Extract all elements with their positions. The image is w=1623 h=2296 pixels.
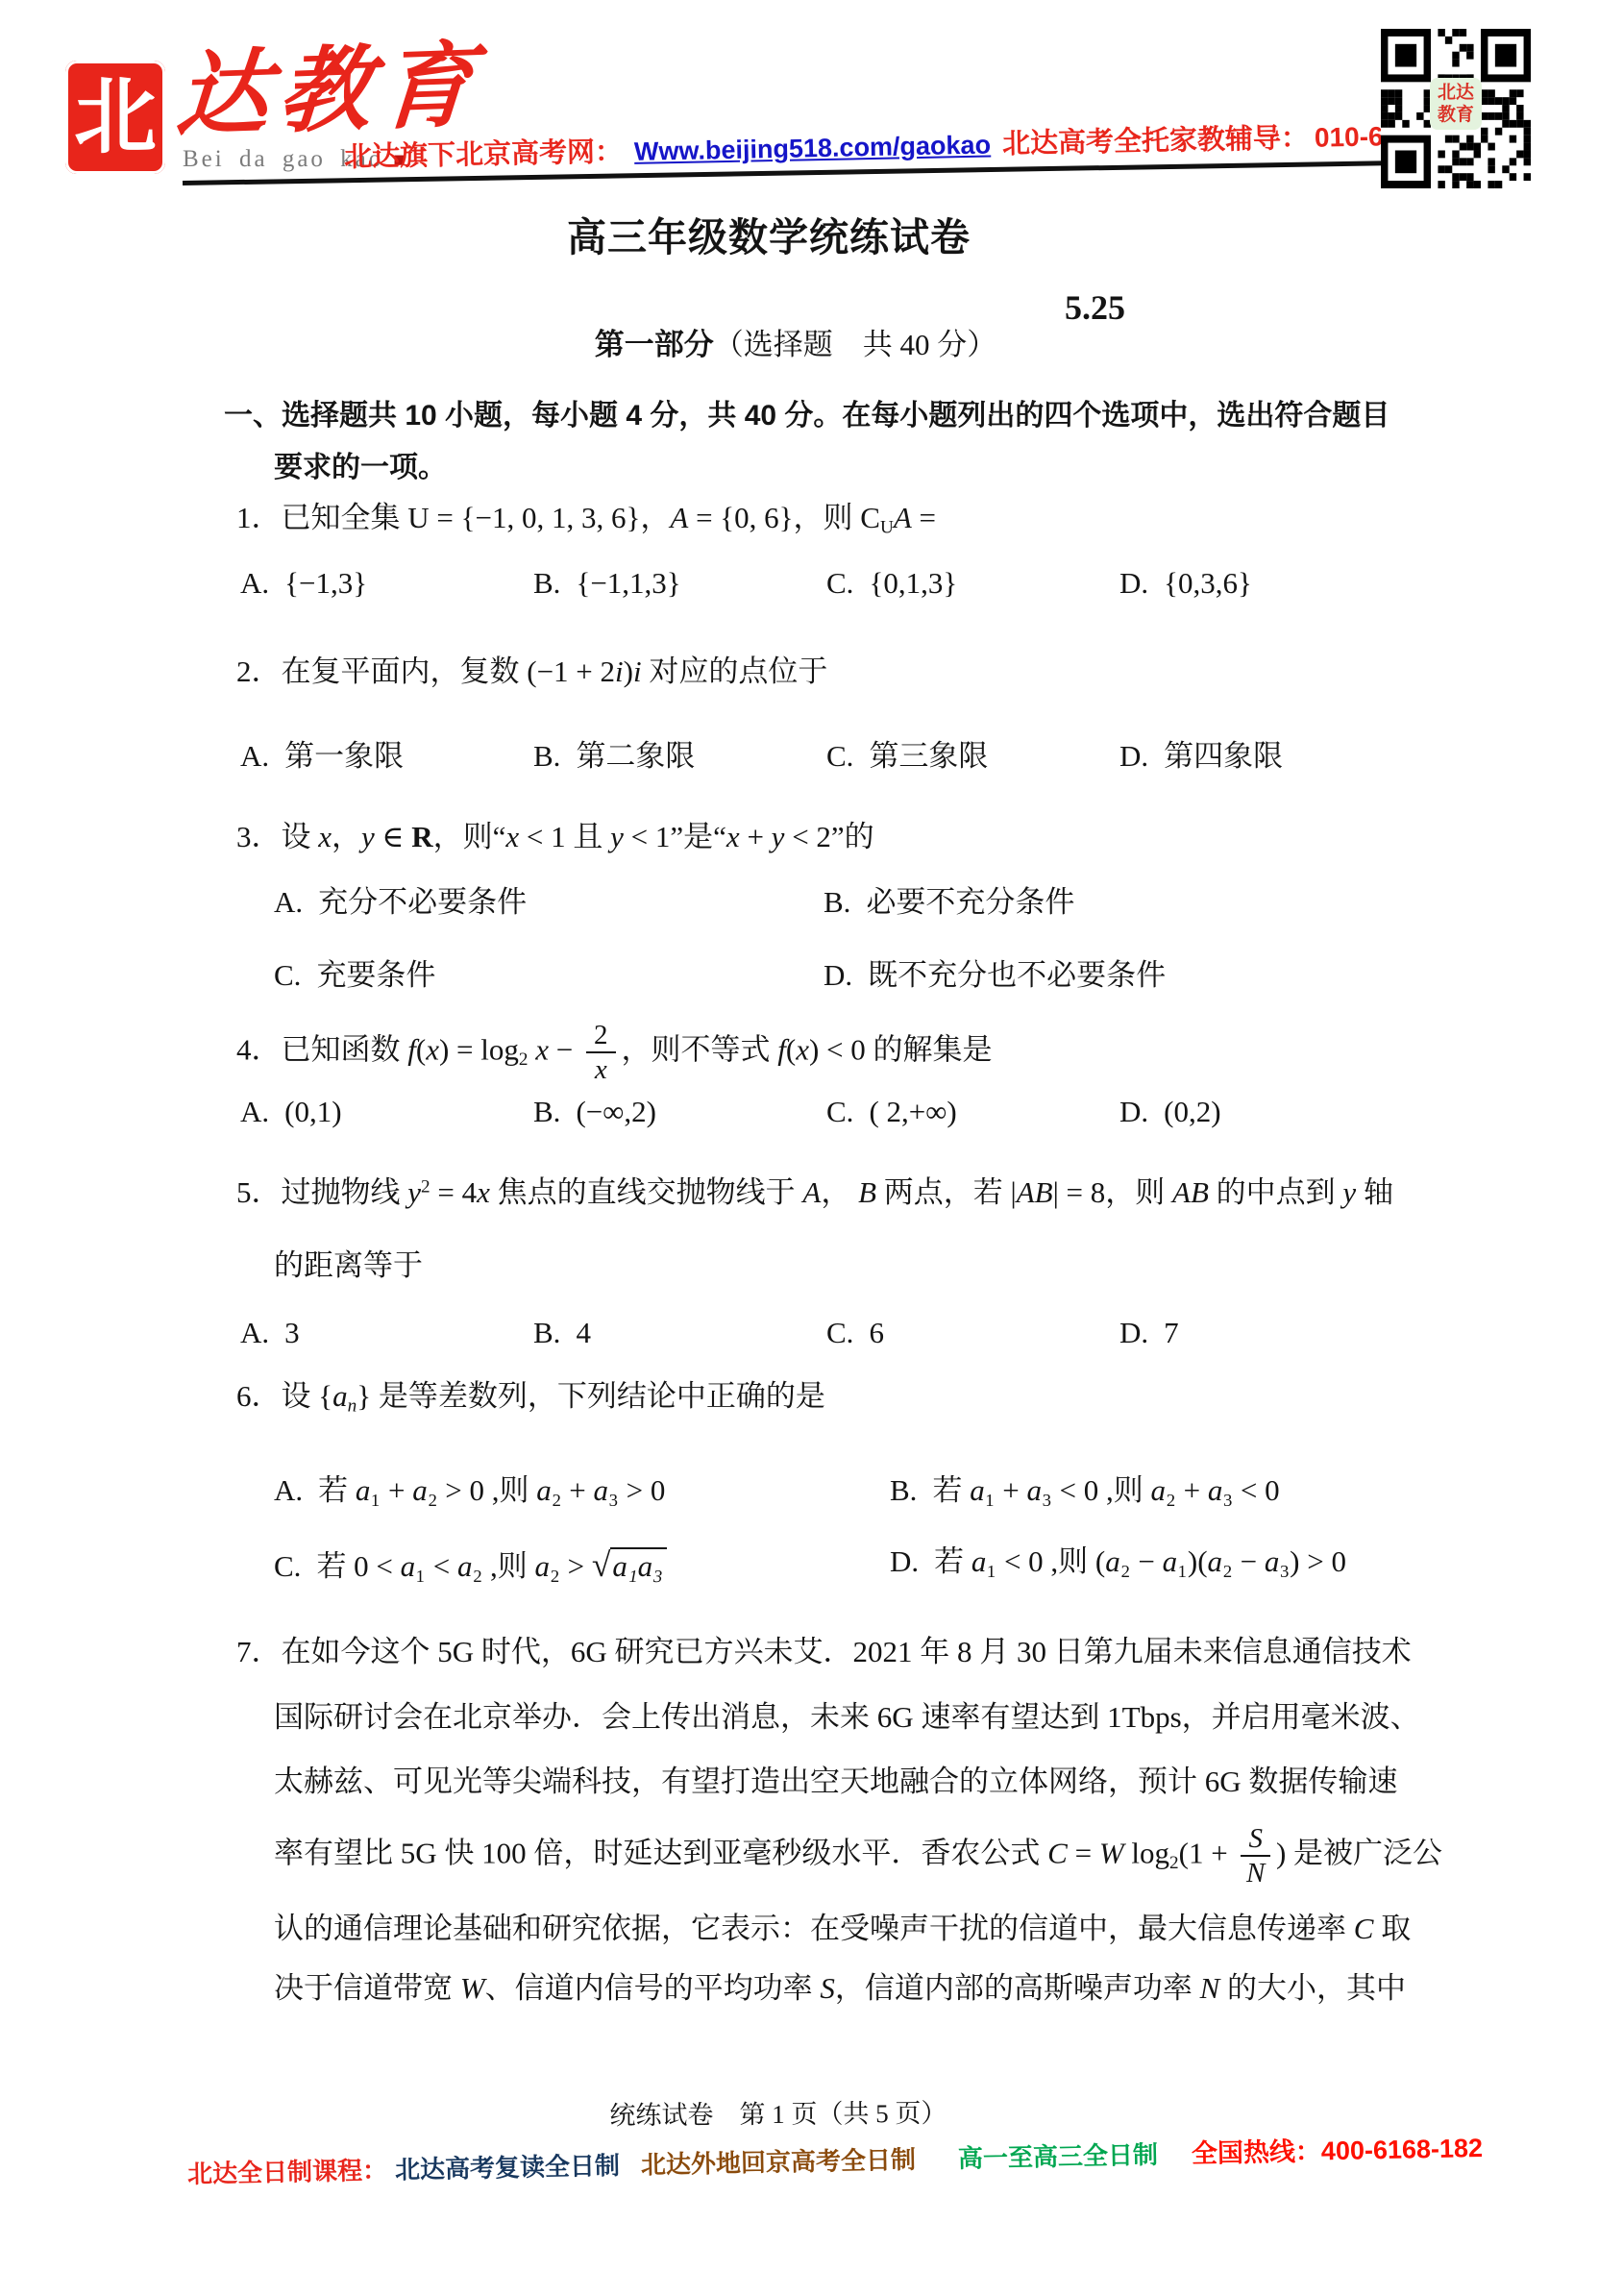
question-1-options: A.{−1,3} B.{−1,1,3} C.{0,1,3} D.{0,3,6}	[240, 565, 1413, 603]
option-label: B.	[824, 885, 850, 919]
question-4-options: A.(0,1) B.(−∞,2) C.( 2,+∞) D.(0,2)	[240, 1094, 1413, 1131]
question-6-options-row-2: C.若 0 < a₁ < a₂ ,则 a₂ > √a₁a₃ D.若 a₁ < 0…	[274, 1543, 1506, 1587]
option-text: {−1,1,3}	[576, 566, 680, 600]
seal-character: 北	[74, 76, 157, 159]
option-label: D.	[1119, 1095, 1148, 1128]
question-7-line-4: 率有望比 5G 快 100 倍，时延达到亚毫秒级水平．香农公式 C = W lo…	[274, 1824, 1442, 1889]
option-text: 充分不必要条件	[318, 885, 527, 919]
question-4-option-a: A.(0,1)	[240, 1094, 533, 1131]
option-text: 7	[1164, 1316, 1179, 1349]
option-text: {0,1,3}	[869, 566, 957, 600]
site-label: 北达旗下北京高考网：	[344, 136, 624, 173]
option-label: D.	[890, 1544, 919, 1578]
promo-grades: 高一至高三全日制	[958, 2136, 1159, 2175]
instructions-line-2: 要求的一项。	[274, 450, 447, 486]
option-text: 若 a₁ + a₃ < 0 ,则 a₂ + a₃ < 0	[932, 1473, 1279, 1507]
question-5-options: A.3 B.4 C.6 D.7	[240, 1315, 1413, 1352]
beida-logo-seal: 北	[65, 61, 165, 174]
option-label: D.	[1119, 739, 1148, 773]
option-label: B.	[533, 1095, 560, 1128]
question-5-option-c: C.6	[826, 1315, 1119, 1352]
promo-fulltime-label: 北达全日制课程：	[187, 2151, 388, 2190]
option-label: D.	[1119, 566, 1148, 600]
option-label: C.	[826, 739, 853, 773]
question-1-stem: 1．已知全集 U = {−1, 0, 1, 3, 6}，A = {0, 6}，则…	[236, 500, 936, 539]
option-text: 若 0 < a₁ < a₂ ,则 a₂ > √a₁a₃	[316, 1549, 667, 1583]
section-part-rest: （选择题 共 40 分）	[714, 328, 997, 361]
promo-returnees: 北达外地回京高考全日制	[641, 2140, 917, 2182]
question-5-stem-line-2: 的距离等于	[274, 1247, 423, 1285]
option-text: 4	[576, 1316, 591, 1349]
question-2-option-b: B.第二象限	[533, 738, 826, 776]
option-label: A.	[240, 566, 269, 600]
beida-logo-script: 达教育	[173, 35, 485, 147]
page-title: 高三年级数学统练试卷	[567, 213, 971, 262]
option-text: 若 a₁ + a₂ > 0 ,则 a₂ + a₃ > 0	[318, 1473, 665, 1507]
footer-promo-line: 北达全日制课程： 北达高考复读全日制 北达外地回京高考全日制 高一至高三全日制 …	[187, 2127, 1484, 2190]
option-label: D.	[824, 958, 852, 992]
question-4-option-c: C.( 2,+∞)	[826, 1094, 1119, 1131]
option-text: 充要条件	[316, 958, 435, 992]
option-text: (0,2)	[1164, 1095, 1220, 1128]
site-url-link[interactable]: Www.beijing518.com/gaokao	[634, 130, 992, 165]
question-7-line-6: 决于信道带宽 W、信道内信号的平均功率 S，信道内部的高斯噪声功率 N 的大小，…	[274, 1970, 1406, 2008]
qr-code: 北达教育	[1381, 29, 1531, 188]
question-4-option-b: B.(−∞,2)	[533, 1094, 826, 1131]
page-footer-note: 统练试卷 第 1 页（共 5 页）	[609, 2098, 947, 2133]
question-3-option-c: C.充要条件	[274, 957, 824, 995]
option-label: A.	[274, 1473, 303, 1507]
question-6-option-a: A.若 a₁ + a₂ > 0 ,则 a₂ + a₃ > 0	[274, 1472, 890, 1510]
option-text: (−∞,2)	[576, 1095, 655, 1128]
option-text: 6	[869, 1316, 884, 1349]
option-label: A.	[274, 885, 303, 919]
option-label: D.	[1119, 1316, 1148, 1349]
option-text: {−1,3}	[284, 566, 367, 600]
promo-gaokao-repeat: 北达高考复读全日制	[395, 2146, 621, 2186]
option-text: 若 a₁ < 0 ,则 (a₂ − a₁)(a₂ − a₃) > 0	[934, 1544, 1346, 1578]
option-text: 第四象限	[1164, 739, 1283, 773]
option-label: C.	[274, 1549, 301, 1583]
question-6-option-b: B.若 a₁ + a₃ < 0 ,则 a₂ + a₃ < 0	[890, 1472, 1506, 1510]
qr-center-logo: 北达教育	[1430, 78, 1482, 130]
option-label: A.	[240, 739, 269, 773]
qr-center-label: 北达教育	[1434, 82, 1478, 126]
section-part-label: 第一部分	[595, 328, 714, 361]
question-5-option-d: D.7	[1119, 1315, 1413, 1352]
option-label: B.	[533, 739, 560, 773]
option-text: 第二象限	[576, 739, 695, 773]
option-label: C.	[274, 958, 301, 992]
question-3-option-a: A.充分不必要条件	[274, 884, 824, 922]
question-3-stem: 3．设 x，y ∈ R，则“x < 1 且 y < 1”是“x + y < 2”…	[236, 819, 874, 856]
question-6-option-c: C.若 0 < a₁ < a₂ ,则 a₂ > √a₁a₃	[274, 1543, 890, 1587]
option-label: A.	[240, 1095, 269, 1128]
question-6-option-d: D.若 a₁ < 0 ,则 (a₂ − a₁)(a₂ − a₃) > 0	[890, 1543, 1506, 1587]
option-text: ( 2,+∞)	[869, 1095, 956, 1128]
question-2-option-a: A.第一象限	[240, 738, 533, 776]
section-heading: 第一部分（选择题 共 40 分）	[595, 327, 997, 364]
question-3-options-row-1: A.充分不必要条件 B.必要不充分条件	[274, 884, 1373, 922]
question-7-line-1: 7．在如今这个 5G 时代，6G 研究已方兴未艾．2021 年 8 月 30 日…	[236, 1634, 1412, 1671]
option-label: B.	[890, 1473, 917, 1507]
instructions-line-1: 一、选择题共 10 小题，每小题 4 分，共 40 分。在每小题列出的四个选项中…	[224, 398, 1389, 434]
question-4-option-d: D.(0,2)	[1119, 1094, 1413, 1131]
option-label: B.	[533, 1316, 560, 1349]
question-1-option-d: D.{0,3,6}	[1119, 565, 1413, 603]
option-label: C.	[826, 1316, 853, 1349]
option-label: A.	[240, 1316, 269, 1349]
option-text: 3	[284, 1316, 300, 1349]
exam-date: 5.25	[1065, 286, 1125, 330]
option-text: (0,1)	[284, 1095, 341, 1128]
tutor-label: 北达高考全托家教辅导：	[1002, 123, 1310, 160]
question-2-options: A.第一象限 B.第二象限 C.第三象限 D.第四象限	[240, 738, 1413, 776]
option-text: {0,3,6}	[1164, 566, 1252, 600]
question-5-stem-line-1: 5．过抛物线 y2 = 4x 焦点的直线交抛物线于 A， B 两点，若 |AB|…	[236, 1174, 1393, 1212]
question-2-option-d: D.第四象限	[1119, 738, 1413, 776]
question-6-stem: 6．设 {an} 是等差数列，下列结论中正确的是	[236, 1378, 825, 1418]
question-1-option-a: A.{−1,3}	[240, 565, 533, 603]
question-7-line-5: 认的通信理论基础和研究依据，它表示：在受噪声干扰的信道中，最大信息传递率 C 取	[274, 1911, 1411, 1948]
option-text: 第三象限	[869, 739, 988, 773]
option-label: C.	[826, 1095, 853, 1128]
question-1-option-c: C.{0,1,3}	[826, 565, 1119, 603]
option-text: 必要不充分条件	[866, 885, 1074, 919]
question-7-line-3: 太赫兹、可见光等尖端科技，有望打造出空天地融合的立体网络，预计 6G 数据传输速	[274, 1764, 1397, 1801]
question-2-option-c: C.第三象限	[826, 738, 1119, 776]
question-2-stem: 2．在复平面内，复数 (−1 + 2i)i 对应的点位于	[236, 654, 827, 691]
question-4-stem: 4．已知函数 f(x) = log2 x − 2x，则不等式 f(x) < 0 …	[236, 1021, 993, 1085]
option-label: C.	[826, 566, 853, 600]
question-3-option-d: D.既不充分也不必要条件	[824, 957, 1373, 995]
question-5-option-a: A.3	[240, 1315, 533, 1352]
option-label: B.	[533, 566, 560, 600]
option-text: 第一象限	[284, 739, 404, 773]
question-5-option-b: B.4	[533, 1315, 826, 1352]
option-text: 既不充分也不必要条件	[868, 958, 1166, 992]
exam-page: 北 达教育 Bei da gao kao■ 北达旗下北京高考网：Www.beij…	[0, 0, 1623, 2296]
promo-hotline: 全国热线：400-6168-182	[1191, 2127, 1483, 2170]
question-3-options-row-2: C.充要条件 D.既不充分也不必要条件	[274, 957, 1373, 995]
question-3-option-b: B.必要不充分条件	[824, 884, 1373, 922]
question-1-option-b: B.{−1,1,3}	[533, 565, 826, 603]
question-7-line-2: 国际研讨会在北京举办．会上传出消息，未来 6G 速率有望达到 1Tbps，并启用…	[274, 1699, 1420, 1737]
question-6-options-row-1: A.若 a₁ + a₂ > 0 ,则 a₂ + a₃ > 0 B.若 a₁ + …	[274, 1472, 1506, 1510]
